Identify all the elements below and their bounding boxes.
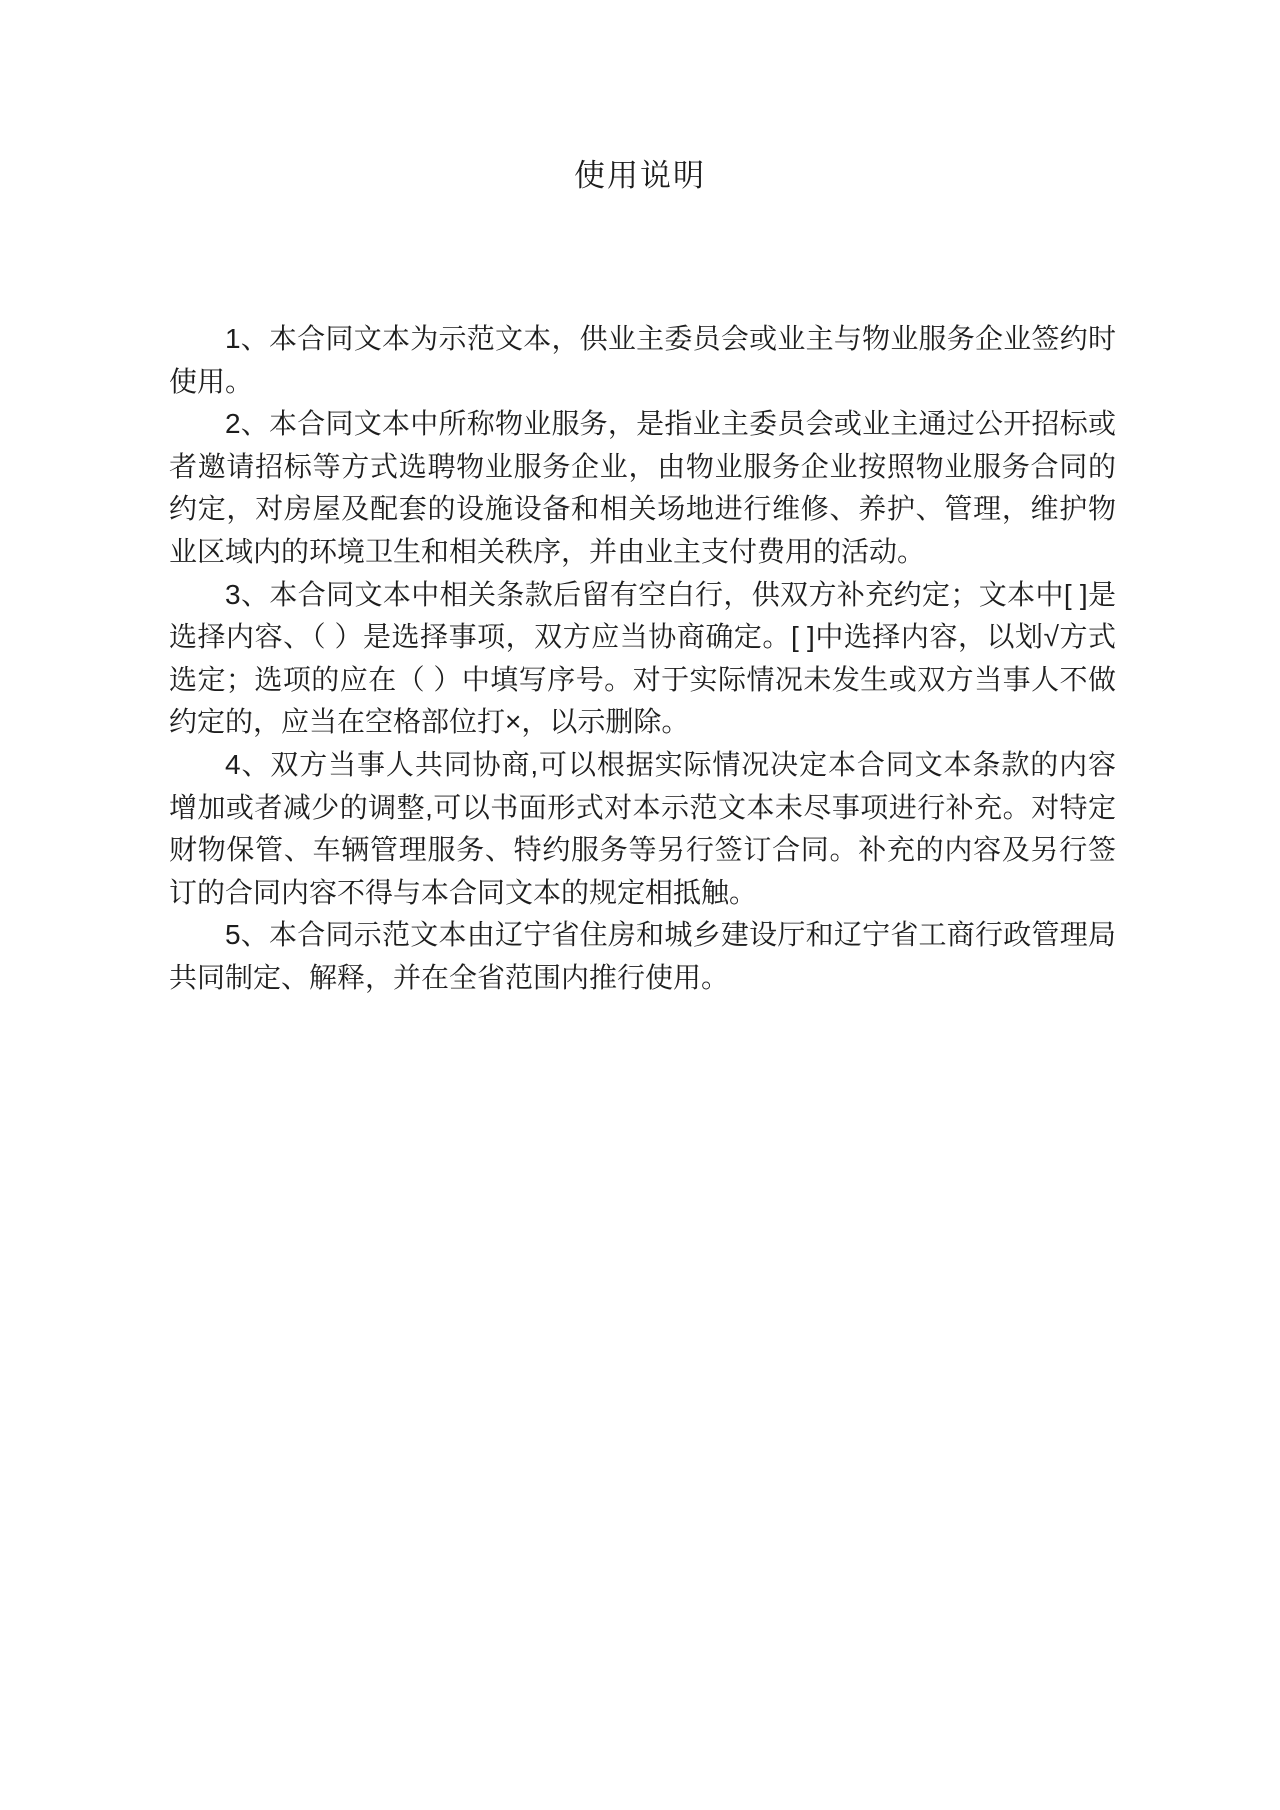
document-page: 使用说明 1、本合同文本为示范文本，供业主委员会或业主与物业服务企业签约时使用。… [0, 0, 1280, 1810]
document-title: 使用说明 [0, 152, 1280, 200]
instruction-paragraph-3: 3、本合同文本中相关条款后留有空白行，供双方补充约定；文本中[ ]是选择内容、（… [169, 574, 1116, 744]
instruction-paragraph-4: 4、双方当事人共同协商,可以根据实际情况决定本合同文本条款的内容增加或者减少的调… [169, 744, 1116, 914]
instruction-paragraph-2: 2、本合同文本中所称物业服务，是指业主委员会或业主通过公开招标或者邀请招标等方式… [169, 403, 1116, 573]
document-body: 1、本合同文本为示范文本，供业主委员会或业主与物业服务企业签约时使用。 2、本合… [169, 318, 1116, 1000]
instruction-paragraph-1: 1、本合同文本为示范文本，供业主委员会或业主与物业服务企业签约时使用。 [169, 318, 1116, 403]
instruction-paragraph-5: 5、本合同示范文本由辽宁省住房和城乡建设厅和辽宁省工商行政管理局共同制定、解释，… [169, 914, 1116, 999]
